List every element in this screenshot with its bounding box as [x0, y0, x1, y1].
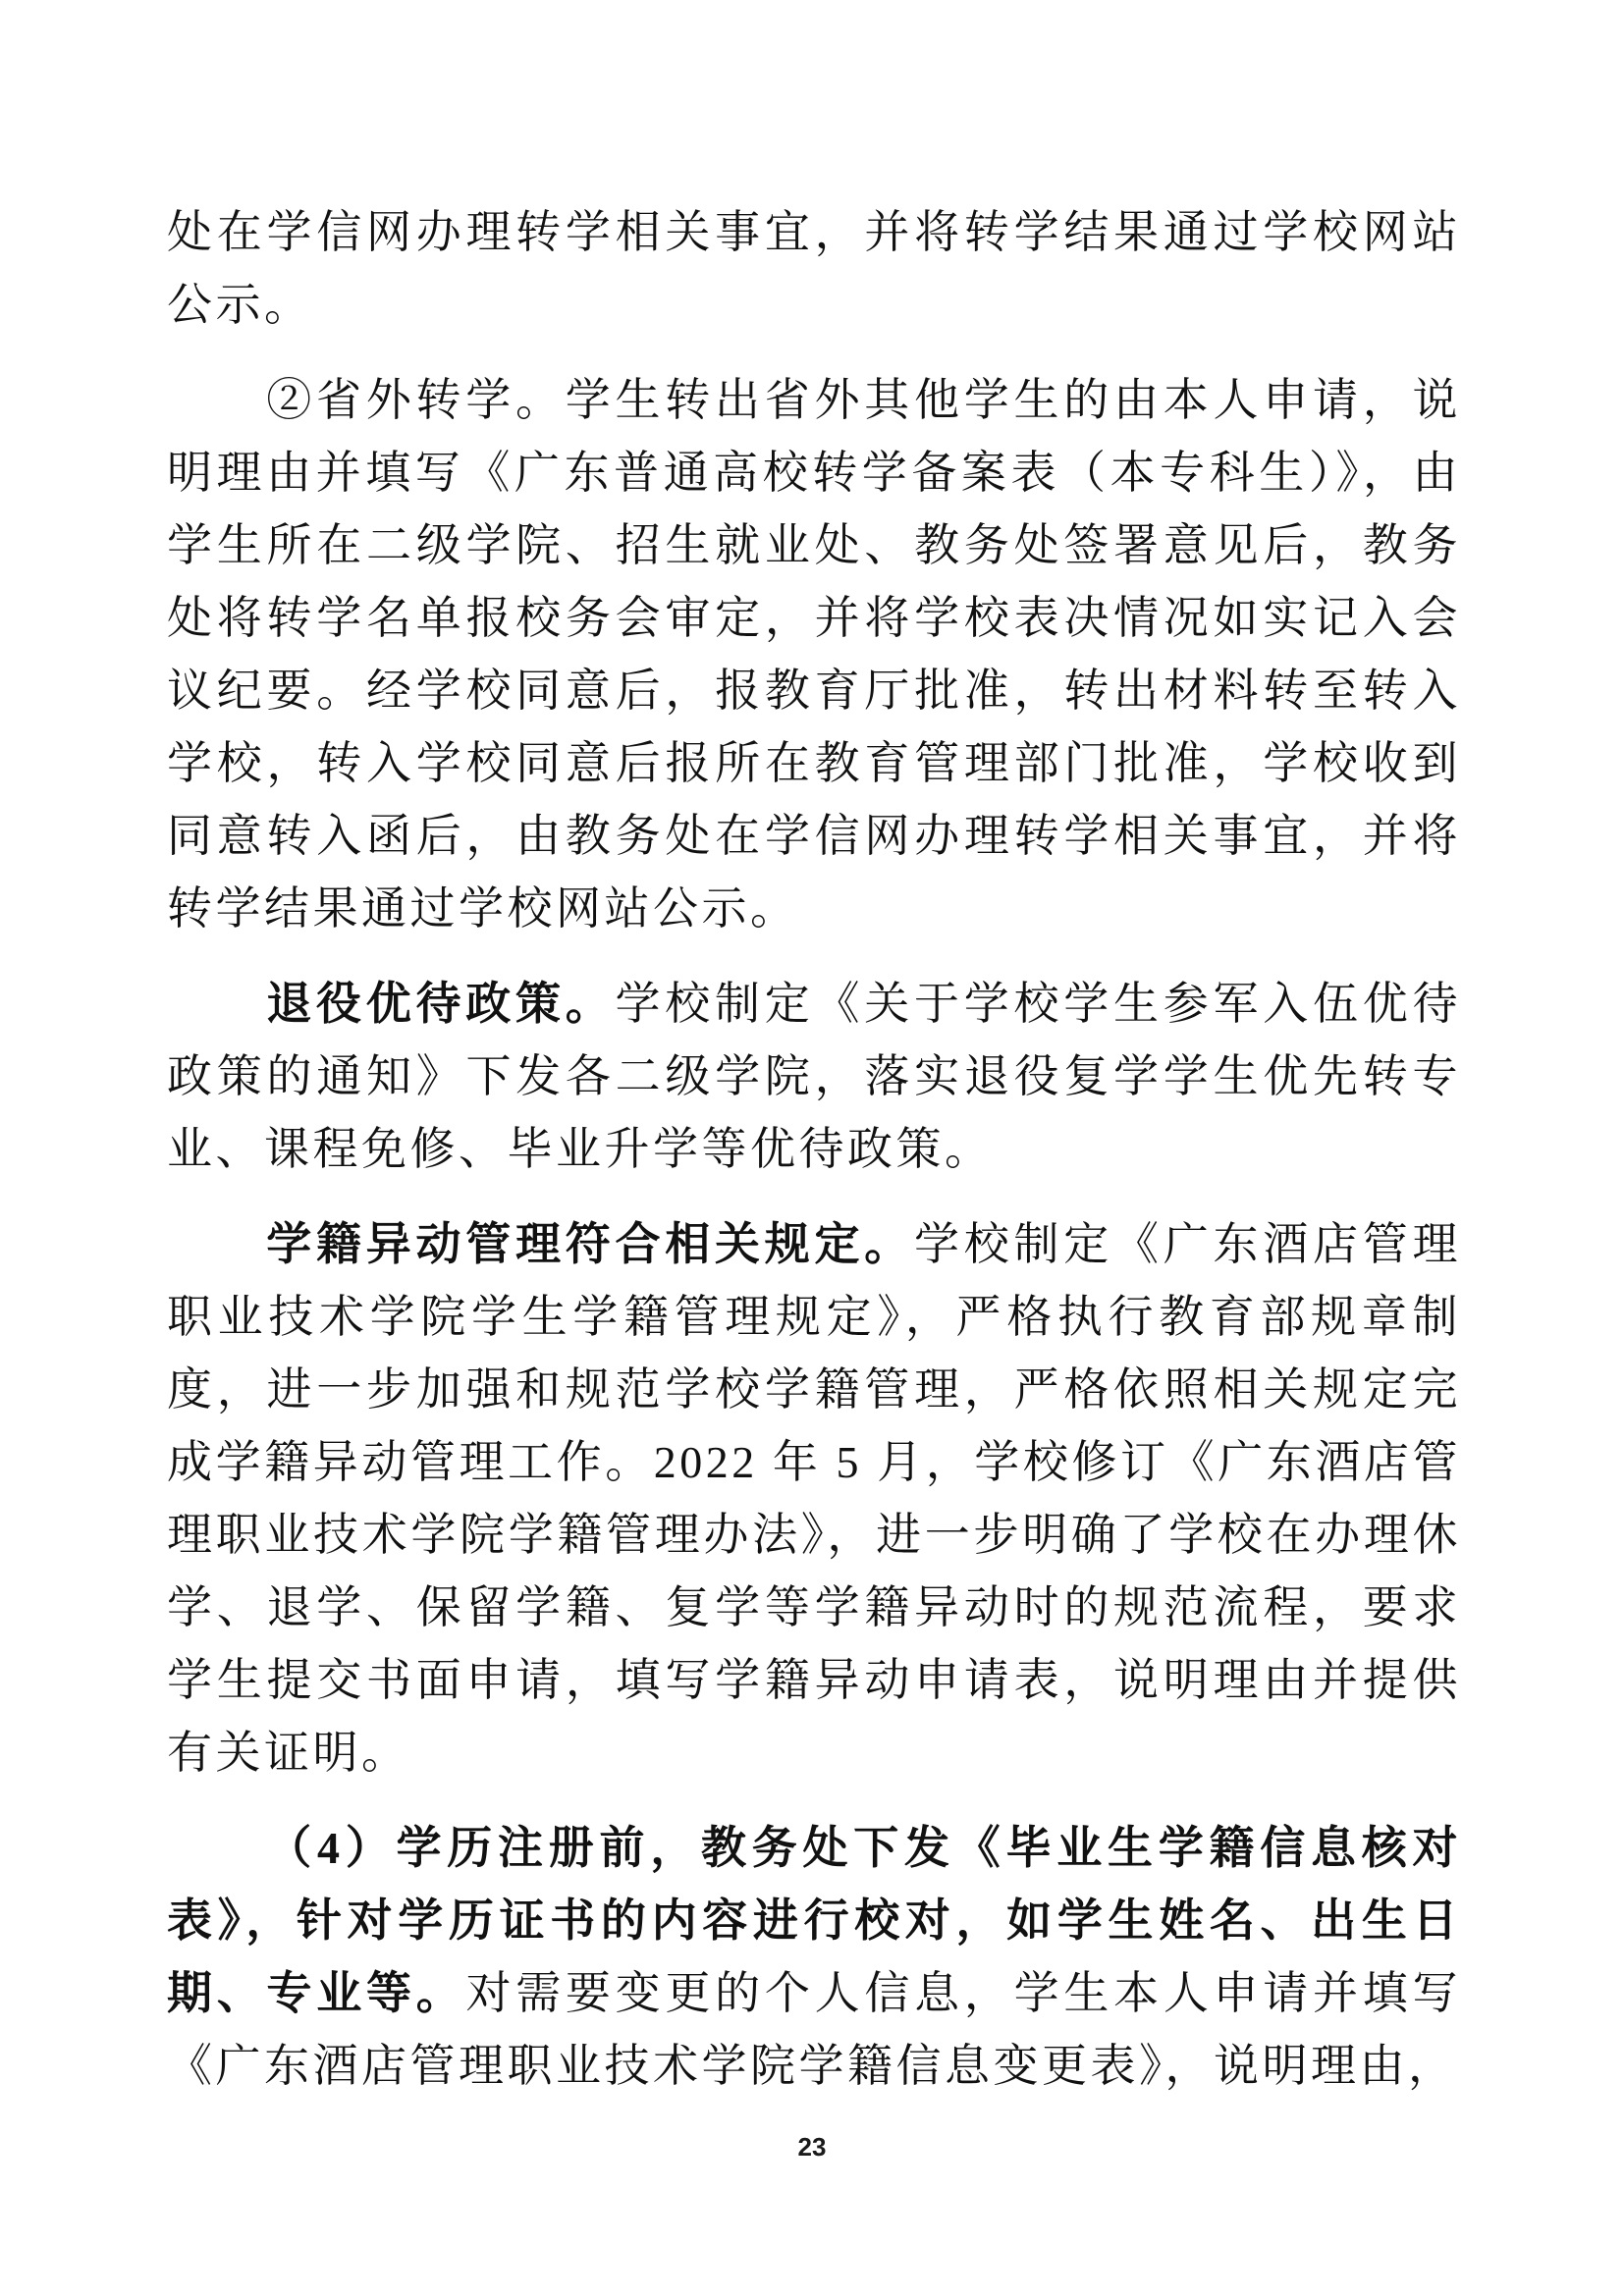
text-run: 学校制定《广东酒店管理职业技术学院学生学籍管理规定》，严格执行教育部规章制度，进…: [167, 1219, 1461, 1778]
paragraph: 学籍异动管理符合相关规定。学校制定《广东酒店管理职业技术学院学生学籍管理规定》，…: [167, 1208, 1461, 1789]
bold-text-run: 学籍异动管理符合相关规定。: [266, 1219, 914, 1269]
document-page: 处在学信网办理转学相关事宜，并将转学结果通过学校网站公示。②省外转学。学生转出省…: [0, 0, 1624, 2296]
bold-text-run: 退役优待政策。: [266, 979, 615, 1029]
text-run: ②省外转学。学生转出省外其他学生的由本人申请，说明理由并填写《广东普通高校转学备…: [167, 375, 1461, 934]
paragraph: ②省外转学。学生转出省外其他学生的由本人申请，说明理由并填写《广东普通高校转学备…: [167, 364, 1461, 945]
paragraph: （4）学历注册前，教务处下发《毕业生学籍信息核对表》，针对学历证书的内容进行校对…: [167, 1812, 1461, 2103]
document-body: 处在学信网办理转学相关事宜，并将转学结果通过学校网站公示。②省外转学。学生转出省…: [167, 196, 1461, 2125]
text-run: 处在学信网办理转学相关事宜，并将转学结果通过学校网站公示。: [167, 207, 1461, 330]
paragraph: 退役优待政策。学校制定《关于学校学生参军入伍优待政策的通知》下发各二级学院，落实…: [167, 968, 1461, 1186]
paragraph: 处在学信网办理转学相关事宜，并将转学结果通过学校网站公示。: [167, 196, 1461, 342]
page-number: 23: [0, 2132, 1624, 2163]
